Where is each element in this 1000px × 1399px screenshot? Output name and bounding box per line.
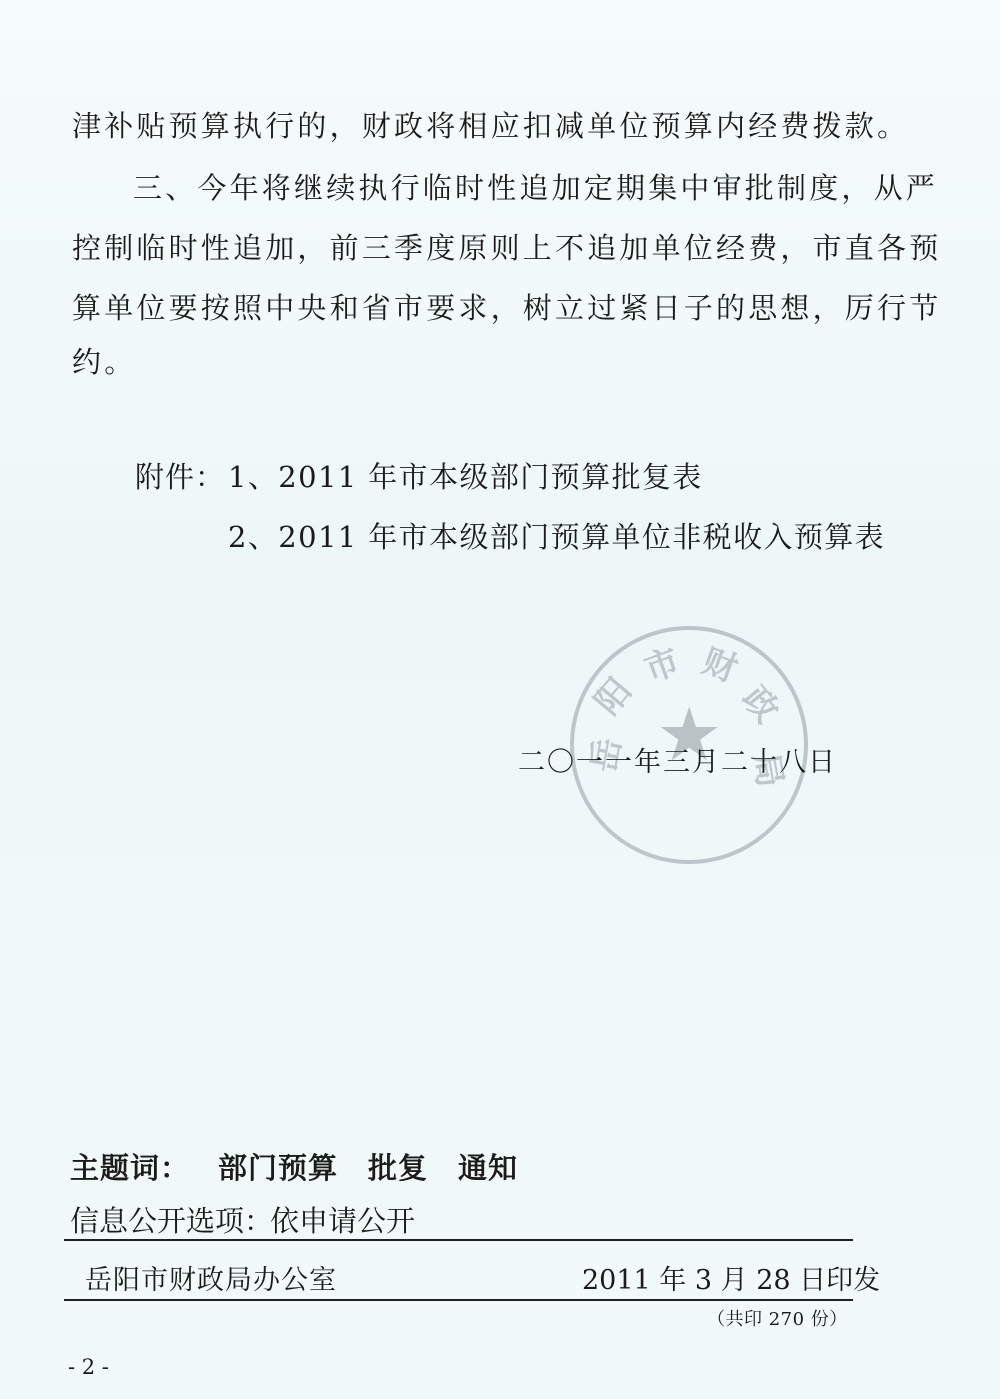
page-number: - 2 -: [68, 1355, 109, 1379]
section-three-line-3: 算单位要按照中央和省市要求，树立过紧日子的思想，厉行节: [72, 286, 941, 327]
paragraph-line: 津补贴预算执行的，财政将相应扣减单位预算内经费拨款。: [72, 104, 909, 145]
issue-date: 2011 年 3 月 28 日印发: [582, 1258, 880, 1297]
attachment-item-2: 2、2011 年市本级部门预算单位非税收入预算表: [228, 515, 885, 556]
attachment-item-1: 1、2011 年市本级部门预算批复表: [228, 455, 703, 496]
disclosure-value: 依申请公开: [270, 1199, 415, 1240]
divider-top: [64, 1239, 853, 1241]
seal-char: 政: [733, 674, 792, 732]
divider-bottom: [64, 1299, 853, 1301]
section-three-line-4: 约。: [72, 340, 136, 381]
subject-keywords-label: 主题词：: [70, 1146, 190, 1187]
seal-char: 财: [697, 634, 746, 692]
copies-count: （共印 270 份）: [707, 1305, 848, 1331]
seal-char: 市: [637, 634, 686, 692]
seal-char: 阳: [581, 666, 640, 724]
disclosure-label: 信息公开选项：: [70, 1199, 273, 1240]
issuer: 岳阳市财政局办公室: [85, 1258, 337, 1297]
subject-keywords: 部门预算 批复 通知: [218, 1146, 518, 1187]
signature-date: 二〇一一年三月二十八日: [518, 740, 837, 779]
document-page: 津补贴预算执行的，财政将相应扣减单位预算内经费拨款。 三、今年将继续执行临时性追…: [0, 0, 1000, 1399]
section-three-line-1: 三、今年将继续执行临时性追加定期集中审批制度，从严: [133, 166, 938, 207]
section-three-line-2: 控制临时性追加，前三季度原则上不追加单位经费，市直各预: [72, 226, 941, 267]
attachments-label: 附件：: [135, 455, 225, 496]
